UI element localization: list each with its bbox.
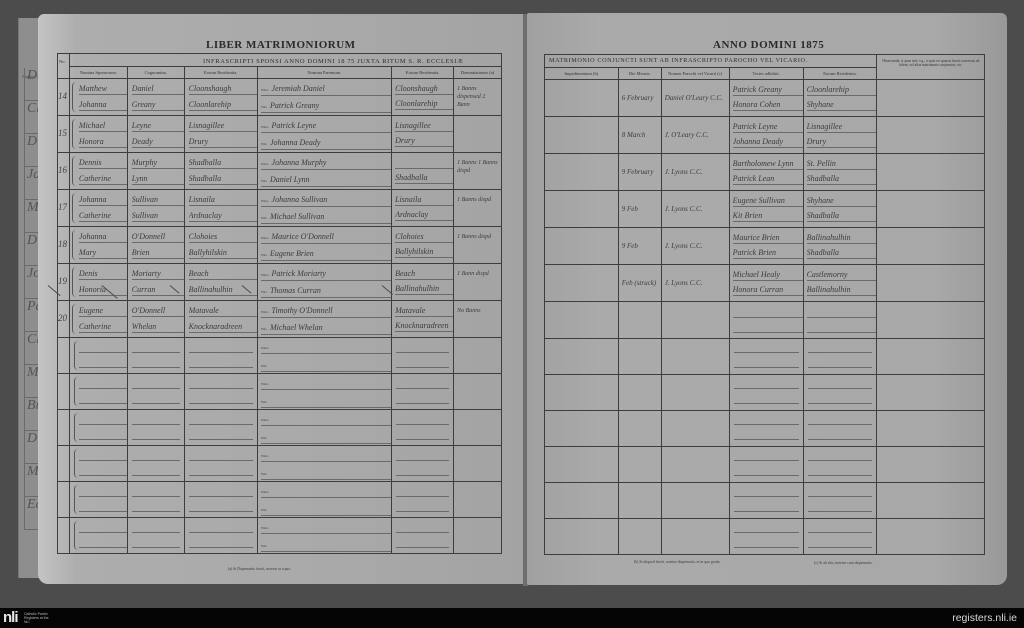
marriage-ceremony-row: Feb (struck)J. Lyons C.C.Michael HealyHo… — [545, 265, 985, 302]
marriage-ceremony-row: 9 FebJ. Lyons C.C.Eugene SullivanKit Bri… — [545, 191, 985, 228]
witness-1-residence: Ballinahulhin — [807, 233, 877, 244]
officiating-priest: J. O'Leary C.C. — [665, 130, 729, 140]
bride-surname: Brien — [132, 248, 184, 259]
witness-2 — [733, 322, 803, 333]
groom-first-name: Johanna — [79, 195, 127, 206]
filius-label: Filius — [261, 125, 269, 129]
groom-surname: O'Donnell — [132, 306, 184, 317]
marriage-ceremony-row: 9 FebJ. Lyons C.C.Maurice BrienPatrick B… — [545, 228, 985, 265]
bride-residence: Shadballa — [189, 174, 257, 185]
bride-residence: Ballyhilskin — [189, 248, 257, 259]
blank-ceremony-row — [545, 447, 985, 483]
witness-2-residence: Ballinahulhin — [807, 285, 877, 296]
blank-entry-row: FiliusFilia — [58, 482, 502, 518]
witness-1-residence: Lisnagillee — [807, 122, 877, 133]
brace-icon — [74, 377, 78, 406]
officiating-priest: J. Lyons C.C. — [665, 241, 729, 251]
witness-2-residence: Drury — [807, 137, 877, 148]
filius-label: Filius — [261, 199, 269, 203]
entry-number: 20 — [58, 313, 67, 323]
brace-icon — [72, 304, 76, 334]
col-header-eorum-residentia-2: Eorum Residentia. — [392, 67, 453, 75]
groom-residence: Clohoies — [189, 232, 257, 243]
bride-first-name: Catherine — [79, 174, 127, 185]
officiating-priest: J. Lyons C.C. — [665, 167, 729, 177]
bride-parents-residence: Knocknaradreen — [395, 321, 453, 332]
filia-label: Filia — [261, 179, 267, 183]
bride-parents-residence: Ardnaclay — [395, 210, 453, 221]
filius-label: Filius — [261, 526, 269, 530]
viewer-footer: nli Catholic Parish Registers at the NLI… — [0, 608, 1024, 628]
bride-parents-residence: Drury — [395, 136, 453, 147]
groom-parents-residence: Beach — [395, 269, 453, 280]
col-header-observanda: Observanda, si quae sint; v.g., si quis … — [881, 59, 980, 68]
denuntiationes-note: 1 Banns dispd — [457, 233, 499, 241]
witness-2: Johanna Deady — [733, 137, 803, 148]
blank-entry-row: FiliusFilia — [58, 518, 502, 554]
officiating-priest: J. Lyons C.C. — [665, 204, 729, 214]
filius-label: Filius — [261, 346, 269, 350]
filius-label: Filius — [261, 490, 269, 494]
blank-ceremony-row — [545, 411, 985, 447]
blank-ceremony-row — [545, 483, 985, 519]
bride-first-name: Catherine — [79, 322, 127, 333]
col-header-cognomina: Cognomina. — [128, 67, 184, 75]
groom-first-name: Michael — [79, 121, 127, 132]
filius-label: Filius — [261, 382, 269, 386]
brace-icon — [74, 341, 78, 370]
groom-surname: Murphy — [132, 158, 184, 169]
ceremony-date: 9 February — [622, 167, 661, 177]
bride-parents-residence: Ballyhilskin — [395, 247, 453, 258]
bride-first-name: Johanna — [79, 100, 127, 111]
entry-number: 19 — [58, 276, 67, 286]
groom-first-name: Matthew — [79, 84, 127, 95]
witness-2: Kit Brien — [733, 211, 803, 222]
bride-surname: Greany — [132, 100, 184, 111]
bride-parents: Michael Whelan — [270, 323, 323, 332]
filia-label: Filia — [261, 142, 267, 146]
groom-parents-residence — [395, 158, 453, 169]
witness-2-residence: Shadballa — [807, 211, 877, 222]
witness-1: Michael Healy — [733, 270, 803, 281]
filius-label: Filius — [261, 454, 269, 458]
filius-label: Filius — [261, 88, 269, 92]
witness-2-residence — [807, 322, 877, 333]
bride-residence: Cloonlarehip — [189, 100, 257, 111]
blank-ceremony-row — [545, 339, 985, 375]
groom-residence: Beach — [189, 269, 257, 280]
filia-label: Filia — [261, 436, 267, 440]
filia-label: Filia — [261, 105, 267, 109]
bride-parents: Eugene Brien — [270, 249, 314, 258]
right-header-band: MATRIMONIO CONJUNCTI SUNT AB INFRASCRIPT… — [549, 57, 876, 64]
witness-1-residence: St. Pellin — [807, 159, 877, 170]
marriage-entry-row: 20EugeneCatherineO'DonnellWhelanMatavale… — [58, 301, 502, 338]
groom-parents: Johanna Murphy — [272, 158, 327, 167]
site-url-link[interactable]: registers.nli.ie — [952, 612, 1017, 624]
witness-1: Patrick Leyne — [733, 122, 803, 133]
col-header-nomina-sponsorum: Nomina Sponsorum. — [70, 67, 127, 75]
col-header-die-mensis: Die Mensis. — [619, 68, 661, 76]
blank-entry-row: FiliusFilia — [58, 446, 502, 482]
groom-parents: Patrick Moriarty — [272, 269, 326, 278]
entry-number: 17 — [58, 202, 67, 212]
bride-surname: Lynn — [132, 174, 184, 185]
groom-parents: Jeremiah Daniel — [272, 84, 325, 93]
marriage-entry-row: 16DennisCatherineMurphyLynnShadballaShad… — [58, 153, 502, 190]
right-page-title: ANNO DOMINI 1875 — [713, 39, 824, 51]
filius-label: Filius — [261, 273, 269, 277]
brace-icon — [72, 82, 76, 112]
witness-2: Honora Curran — [733, 285, 803, 296]
bride-surname: Sullivan — [132, 211, 184, 222]
bride-parents-residence: Shadballa — [395, 173, 453, 184]
right-page: ANNO DOMINI 1875 MATRIMONIO CONJUNCTI SU… — [527, 13, 1007, 585]
witness-1: Eugene Sullivan — [733, 196, 803, 207]
marriage-ceremony-row — [545, 302, 985, 339]
bride-first-name: Catherine — [79, 211, 127, 222]
blank-ceremony-row — [545, 375, 985, 411]
bride-first-name: Mary — [79, 248, 127, 259]
filia-label: Filia — [261, 472, 267, 476]
bride-parents-residence: Cloonlarehip — [395, 99, 453, 110]
col-header-eorum-residentia: Eorum Residentia. — [185, 67, 257, 75]
groom-surname: Leyne — [132, 121, 184, 132]
right-footnote-b: (b) Si aliquod fuerit, notetur dispensat… — [634, 560, 720, 564]
brace-icon — [72, 230, 76, 260]
marriage-entry-row: 17JohannaCatherineSullivanSullivanLisnai… — [58, 190, 502, 227]
groom-first-name: Eugene — [79, 306, 127, 317]
col-header-denuntiationes: Denuntiationes (a) — [454, 67, 501, 75]
denuntiationes-note: No Banns — [457, 307, 499, 315]
filius-label: Filius — [261, 310, 269, 314]
filius-label: Filius — [261, 418, 269, 422]
witness-1: Patrick Greany — [733, 85, 803, 96]
groom-parents-residence: Cloonshaugh — [395, 84, 453, 95]
marriage-register-table-left: No.Nomina Sponsorum.Cognomina.Eorum Resi… — [57, 53, 502, 554]
filius-label: Filius — [261, 162, 269, 166]
filia-label: Filia — [261, 216, 267, 220]
bride-parents: Daniel Lynn — [270, 175, 310, 184]
filia-label: Filia — [261, 253, 267, 257]
witness-2-residence: Shadballa — [807, 248, 877, 259]
col-header-testes-adhibiti: Testes adhibiti. — [730, 68, 803, 76]
filia-label: Filia — [261, 400, 267, 404]
left-page: LIBER MATRIMONIORUM INFRASCRIPTI SPONSI … — [38, 14, 524, 584]
groom-parents-residence: Clohoies — [395, 232, 453, 243]
groom-first-name: Johanna — [79, 232, 127, 243]
groom-residence: Matavale — [189, 306, 257, 317]
officiating-priest: Daniel O'Leary C.C. — [665, 93, 729, 103]
denuntiationes-note: 1 Bann dispd — [457, 270, 499, 278]
left-footnote: (a) Si Dispensatio fuerit, notetur ut a … — [228, 567, 291, 571]
bride-surname: Whelan — [132, 322, 184, 333]
groom-parents: Maurice O'Donnell — [272, 232, 334, 241]
filia-label: Filia — [261, 544, 267, 548]
witness-1-residence — [807, 307, 877, 318]
ceremony-date: Feb (struck) — [622, 278, 661, 288]
witness-1-residence: Cloonlarehip — [807, 85, 877, 96]
filia-label: Filia — [261, 364, 267, 368]
brace-icon — [72, 156, 76, 186]
marriage-entry-row: 18JohannaMaryO'DonnellBrienClohoiesBally… — [58, 227, 502, 264]
blank-entry-row: FiliusFilia — [58, 374, 502, 410]
witness-1-residence: Shyhane — [807, 196, 877, 207]
witness-2: Patrick Brien — [733, 248, 803, 259]
nli-logo-subtitle: Catholic Parish Registers at the NLI — [24, 612, 54, 624]
ceremony-date: 8 March — [622, 130, 661, 140]
groom-surname: Daniel — [132, 84, 184, 95]
brace-icon — [72, 267, 76, 297]
bride-residence: Ardnaclay — [189, 211, 257, 222]
marriage-entry-row: 19DenisHonoriaMoriartyCurranBeachBallina… — [58, 264, 502, 301]
nli-logo[interactable]: nli — [3, 611, 18, 625]
image-viewer: Nomina DaChDiJaMaDiJoPaChMaBrDiMiEd LIBE… — [0, 0, 1024, 608]
groom-residence: Lisnaila — [189, 195, 257, 206]
marriage-entry-row: 15MichaelHonoraLeyneDeadyLisnagilleeDrur… — [58, 116, 502, 153]
blank-ceremony-row — [545, 519, 985, 555]
ceremony-date: 6 February — [622, 93, 661, 103]
filia-label: Filia — [261, 508, 267, 512]
groom-parents-residence: Lisnagillee — [395, 121, 453, 132]
bride-parents: Michael Sullivan — [270, 212, 324, 221]
groom-residence: Lisnagillee — [189, 121, 257, 132]
brace-icon — [74, 413, 78, 442]
filius-label: Filius — [261, 236, 269, 240]
left-page-title: LIBER MATRIMONIORUM — [206, 39, 356, 51]
brace-icon — [72, 193, 76, 223]
groom-parents-residence: Matavale — [395, 306, 453, 317]
bride-residence: Drury — [189, 137, 257, 148]
bride-first-name: Honora — [79, 137, 127, 148]
ceremony-date: 9 Feb — [622, 241, 661, 251]
groom-surname: O'Donnell — [132, 232, 184, 243]
groom-parents-residence: Lisnaila — [395, 195, 453, 206]
marriage-register-table-right: MATRIMONIO CONJUNCTI SUNT AB INFRASCRIPT… — [544, 54, 985, 555]
witness-2-residence: Shadballa — [807, 174, 877, 185]
entry-number: 14 — [58, 91, 67, 101]
brace-icon — [74, 485, 78, 514]
bride-parents-residence: Ballinahulhin — [395, 284, 453, 295]
groom-first-name: Dennis — [79, 158, 127, 169]
brace-icon — [74, 521, 78, 550]
marriage-entry-row: 14MatthewJohannaDanielGreanyCloonshaughC… — [58, 79, 502, 116]
col-header-no: No. — [59, 59, 66, 64]
ceremony-date: 9 Feb — [622, 204, 661, 214]
bride-residence: Knocknaradreen — [189, 322, 257, 333]
right-footnote-c: (c) Si ab alio, notetur cum dispensatio. — [814, 561, 873, 565]
witness-1: Bartholomew Lynn — [733, 159, 803, 170]
denuntiationes-note: 1 Banns 1 Banns dispd — [457, 159, 499, 175]
groom-surname: Moriarty — [132, 269, 184, 280]
witness-1-residence: Castlemorny — [807, 270, 877, 281]
groom-parents: Johanna Sullivan — [272, 195, 328, 204]
entry-number: 18 — [58, 239, 67, 249]
witness-2: Patrick Lean — [733, 174, 803, 185]
denuntiationes-note: 1 Banns dispensed 2 Bann — [457, 85, 499, 109]
col-header-impedimentum: Impedimentum (b) — [545, 68, 618, 76]
witness-2-residence: Shyhane — [807, 100, 877, 111]
col-header-nomen-parochi: Nomen Parochi vel Vicarii (c) — [662, 68, 729, 76]
marriage-ceremony-row: 8 MarchJ. O'Leary C.C.Patrick LeyneJohan… — [545, 117, 985, 154]
brace-icon — [74, 449, 78, 478]
entry-number: 15 — [58, 128, 67, 138]
blank-entry-row: FiliusFilia — [58, 410, 502, 446]
denuntiationes-note: 1 Banns dispd — [457, 196, 499, 204]
groom-parents: Patrick Leyne — [272, 121, 317, 130]
witness-1: Maurice Brien — [733, 233, 803, 244]
witness-1 — [733, 307, 803, 318]
bride-surname: Deady — [132, 137, 184, 148]
bride-parents: Johanna Deady — [270, 138, 320, 147]
marriage-ceremony-row: 6 FebruaryDaniel O'Leary C.C.Patrick Gre… — [545, 80, 985, 117]
officiating-priest: J. Lyons C.C. — [665, 278, 729, 288]
bride-parents: Patrick Greany — [270, 101, 319, 110]
marriage-ceremony-row: 9 FebruaryJ. Lyons C.C.Bartholomew LynnP… — [545, 154, 985, 191]
entry-number: 16 — [58, 165, 67, 175]
bride-parents: Thomas Curran — [270, 286, 321, 295]
blank-entry-row: FiliusFilia — [58, 338, 502, 374]
groom-residence: Cloonshaugh — [189, 84, 257, 95]
groom-parents: Timothy O'Donnell — [272, 306, 333, 315]
col-header-eorum-residentia: Eorum Residentia. — [804, 68, 877, 76]
filia-label: Filia — [261, 327, 267, 331]
groom-first-name: Denis — [79, 269, 127, 280]
groom-residence: Shadballa — [189, 158, 257, 169]
groom-surname: Sullivan — [132, 195, 184, 206]
filia-label: Filia — [261, 290, 267, 294]
witness-2: Honora Cohen — [733, 100, 803, 111]
col-header-nomina-parentum: Nomina Parentum. — [258, 67, 392, 75]
brace-icon — [72, 119, 76, 149]
